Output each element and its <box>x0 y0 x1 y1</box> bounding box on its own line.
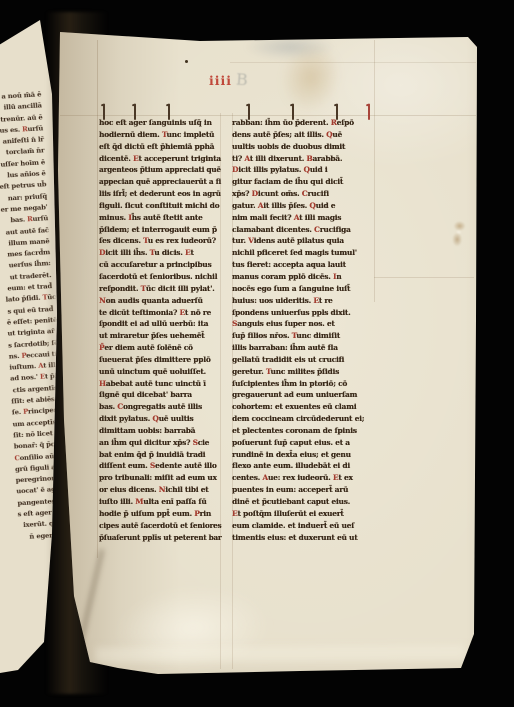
text-column-left: hoc eſt ager ſanguinis uſq̄ inhodiernū d… <box>99 117 221 543</box>
text-line: p̄ſidem; et interrogauit eum p̄ <box>99 224 221 236</box>
text-line: huius: uos uideritis. Et re <box>232 295 377 307</box>
text-line: Dicit illis pylatus. Quid i <box>232 164 377 176</box>
ruling-line-vertical-left <box>97 40 98 558</box>
text-line: figuli. ſicut conſtituit michi do <box>99 200 221 212</box>
text-line: pro tribunali: miſit ad eum ux <box>99 472 221 484</box>
text-line: eum clamide. et induert̄ eū ueſ <box>232 520 377 532</box>
text-line: minus. Ih̄s autē ſtetit ante <box>99 212 221 224</box>
text-line: unū uinctum quē uoluiſſet. <box>99 366 221 378</box>
text-line: geretur. Tunc milites p̄ſidis <box>232 366 377 378</box>
text-line: ſignē qui dicebat' barra <box>99 389 221 401</box>
text-line: rabban: ih̄m ūo p̄derent. Reſpō <box>232 117 377 129</box>
text-line: ſpondit ei ad ullū uerbū: ita <box>99 318 221 330</box>
text-line: eſt q̄d dictū eſt p̄hiemiā pphā <box>99 141 221 153</box>
text-line: bat enim q̄d p̄ inuidiā tradi <box>99 449 221 461</box>
text-line: cipes autē ſacerdotū et ſeniores <box>99 520 218 532</box>
text-line: dimittam uobis: barrabā <box>99 425 221 437</box>
text-line: illis barraban: ih̄m autē fla <box>232 342 377 354</box>
text-line: Dicit illi ih̄s. Tu dicis. Et <box>99 247 221 259</box>
text-line: ſup̄ filios nr̄os. Tunc dimiſit <box>232 330 377 342</box>
text-line: reſpondit. Tūc dicit illi pylat'. <box>99 283 221 295</box>
text-line: Et poſtq̄m illuſerūt ei exuert̄ <box>232 508 377 520</box>
text-line: tur. Videns autē pilatus quia <box>232 235 377 247</box>
text-line: ut miraretur p̄ſes uehemēt̄ <box>99 330 221 342</box>
folio-number: iiii <box>209 73 232 88</box>
rubricated-letter: H <box>99 379 106 388</box>
text-line: Non audis quanta aduerſū <box>99 295 221 307</box>
text-line: nim mali fecit? At illi magis <box>232 212 377 224</box>
text-line: gellatū tradidit eis ut crucifi <box>232 354 377 366</box>
manuscript-page: iiii B hoc eſt ager ſanguinis uſq̄ inhod… <box>0 0 514 707</box>
text-line: rundinē in dext̄a eius; et genu <box>232 449 377 461</box>
text-line: appecian quē appreciauerūt a fi <box>99 176 217 188</box>
text-line: ſueuerat p̄ſes dimittere pplō <box>99 354 221 366</box>
ink-speck <box>185 60 188 63</box>
text-line: iuſto illi. Multa enī paſſa ſū <box>99 496 221 508</box>
text-line: tus fieret: accepta aqua lauit <box>232 259 377 271</box>
bottom-edge-highlight <box>95 645 465 664</box>
text-line: Habebat autē tunc uinctū ī <box>99 378 221 390</box>
text-line: hodiernū diem. Tunc impletū <box>99 129 221 141</box>
parchment-blemish <box>450 220 466 250</box>
text-line: clamabant dicentes. Crucifiga <box>232 224 377 236</box>
text-line: nichil pficeret ſed magis tumul' <box>232 247 377 259</box>
text-line: dem coccineam circūdederunt ei; <box>232 413 377 425</box>
text-line: ſacerdotū et ſenioribus. nichil <box>99 271 221 283</box>
text-line: te dicūt teſtimonia? Et nō re <box>99 307 221 319</box>
text-line: argenteos p̄tium appreciati quē <box>99 164 218 176</box>
text-line: uultis uobis de duobus dimit <box>232 141 377 153</box>
text-line: p̄ſuaſerunt pplīs ut peterent bar <box>99 532 217 544</box>
text-line: diſſent eum. Sedente autē illo <box>99 460 221 472</box>
text-line: bas. Congregatis autē illis <box>99 401 221 413</box>
text-line: poſuerunt ſup̄ caput eius. et a <box>232 437 377 449</box>
text-line: gatur. Ait illis p̄ſes. Quid e <box>232 200 377 212</box>
text-line: centes. Aue: rex iudeorū. Et ex <box>232 472 377 484</box>
text-line: xp̄s? Dicunt om̄s. Crucifi <box>232 188 377 200</box>
text-line: cohortem: et exuentes eū clami <box>232 401 377 413</box>
text-line: gregauerunt ad eum uniuerſam <box>232 389 377 401</box>
text-line: gitur faciam de ih̄u qui dicit̄ <box>232 176 377 188</box>
text-column-right: rabban: ih̄m ūo p̄derent. Reſpōdens autē… <box>232 117 377 543</box>
quire-mark-ghost: B <box>235 70 248 90</box>
text-line: flexo ante eum. illudebāt ei di <box>232 460 377 472</box>
text-line: ti? At illi dixerunt. Barabbā. <box>232 153 377 165</box>
text-line: ſpondens uniuerſus ppls dixit. <box>232 307 377 319</box>
parchment-stain-gray <box>245 34 335 60</box>
text-line: dinē et p̄cutiebant caput eius. <box>232 496 377 508</box>
text-line: nocēs ego ſum a ſanguine iuſt̄ <box>232 283 377 295</box>
text-line: dicentē. Et acceperunt triginta <box>99 153 221 165</box>
text-line: dixit pylatus. Quē uultis <box>99 413 221 425</box>
text-line: dens autē p̄ſes; ait illis. Quē <box>232 129 377 141</box>
text-line: et plectentes coronam de ſpinis <box>232 425 377 437</box>
text-line: ſuſcipientes ih̄m in ptoriō; cō <box>232 378 377 390</box>
text-line: cū accuſaretur a principibus <box>99 259 221 271</box>
text-line: manus coram pplō dicēs. In <box>232 271 377 283</box>
ruling-line-horizontal-frame <box>60 115 476 116</box>
text-line: P̄er diem autē ſolēnē cō <box>99 342 221 354</box>
text-line: an ih̄m qui dicitur xp̄s? Scie <box>99 437 221 449</box>
text-line: liis iſrl̄; et dederunt eos in agrū <box>99 188 219 200</box>
text-line: or eius dicens. Nichil tibi et <box>99 484 221 496</box>
ruling-line-horizontal-top <box>230 62 476 63</box>
manuscript-photograph: a noū m̄ā ēillū ancillātrenūr. aū ēus es… <box>0 0 514 707</box>
text-line: hoc eſt ager ſanguinis uſq̄ in <box>99 117 221 129</box>
text-line: Sanguis eius ſuper nos. et <box>232 318 377 330</box>
text-line: ſes dicens. Tu es rex iudeorū? <box>99 235 221 247</box>
text-line: puentes in eum: accepert̄ arū <box>232 484 377 496</box>
text-line: hodie p̄ uiſum ppt̄ eum. Prin <box>99 508 221 520</box>
text-line: timentis eius: et duxerunt eū ut <box>232 532 377 544</box>
ruling-line-horizontal-margin <box>374 277 474 278</box>
